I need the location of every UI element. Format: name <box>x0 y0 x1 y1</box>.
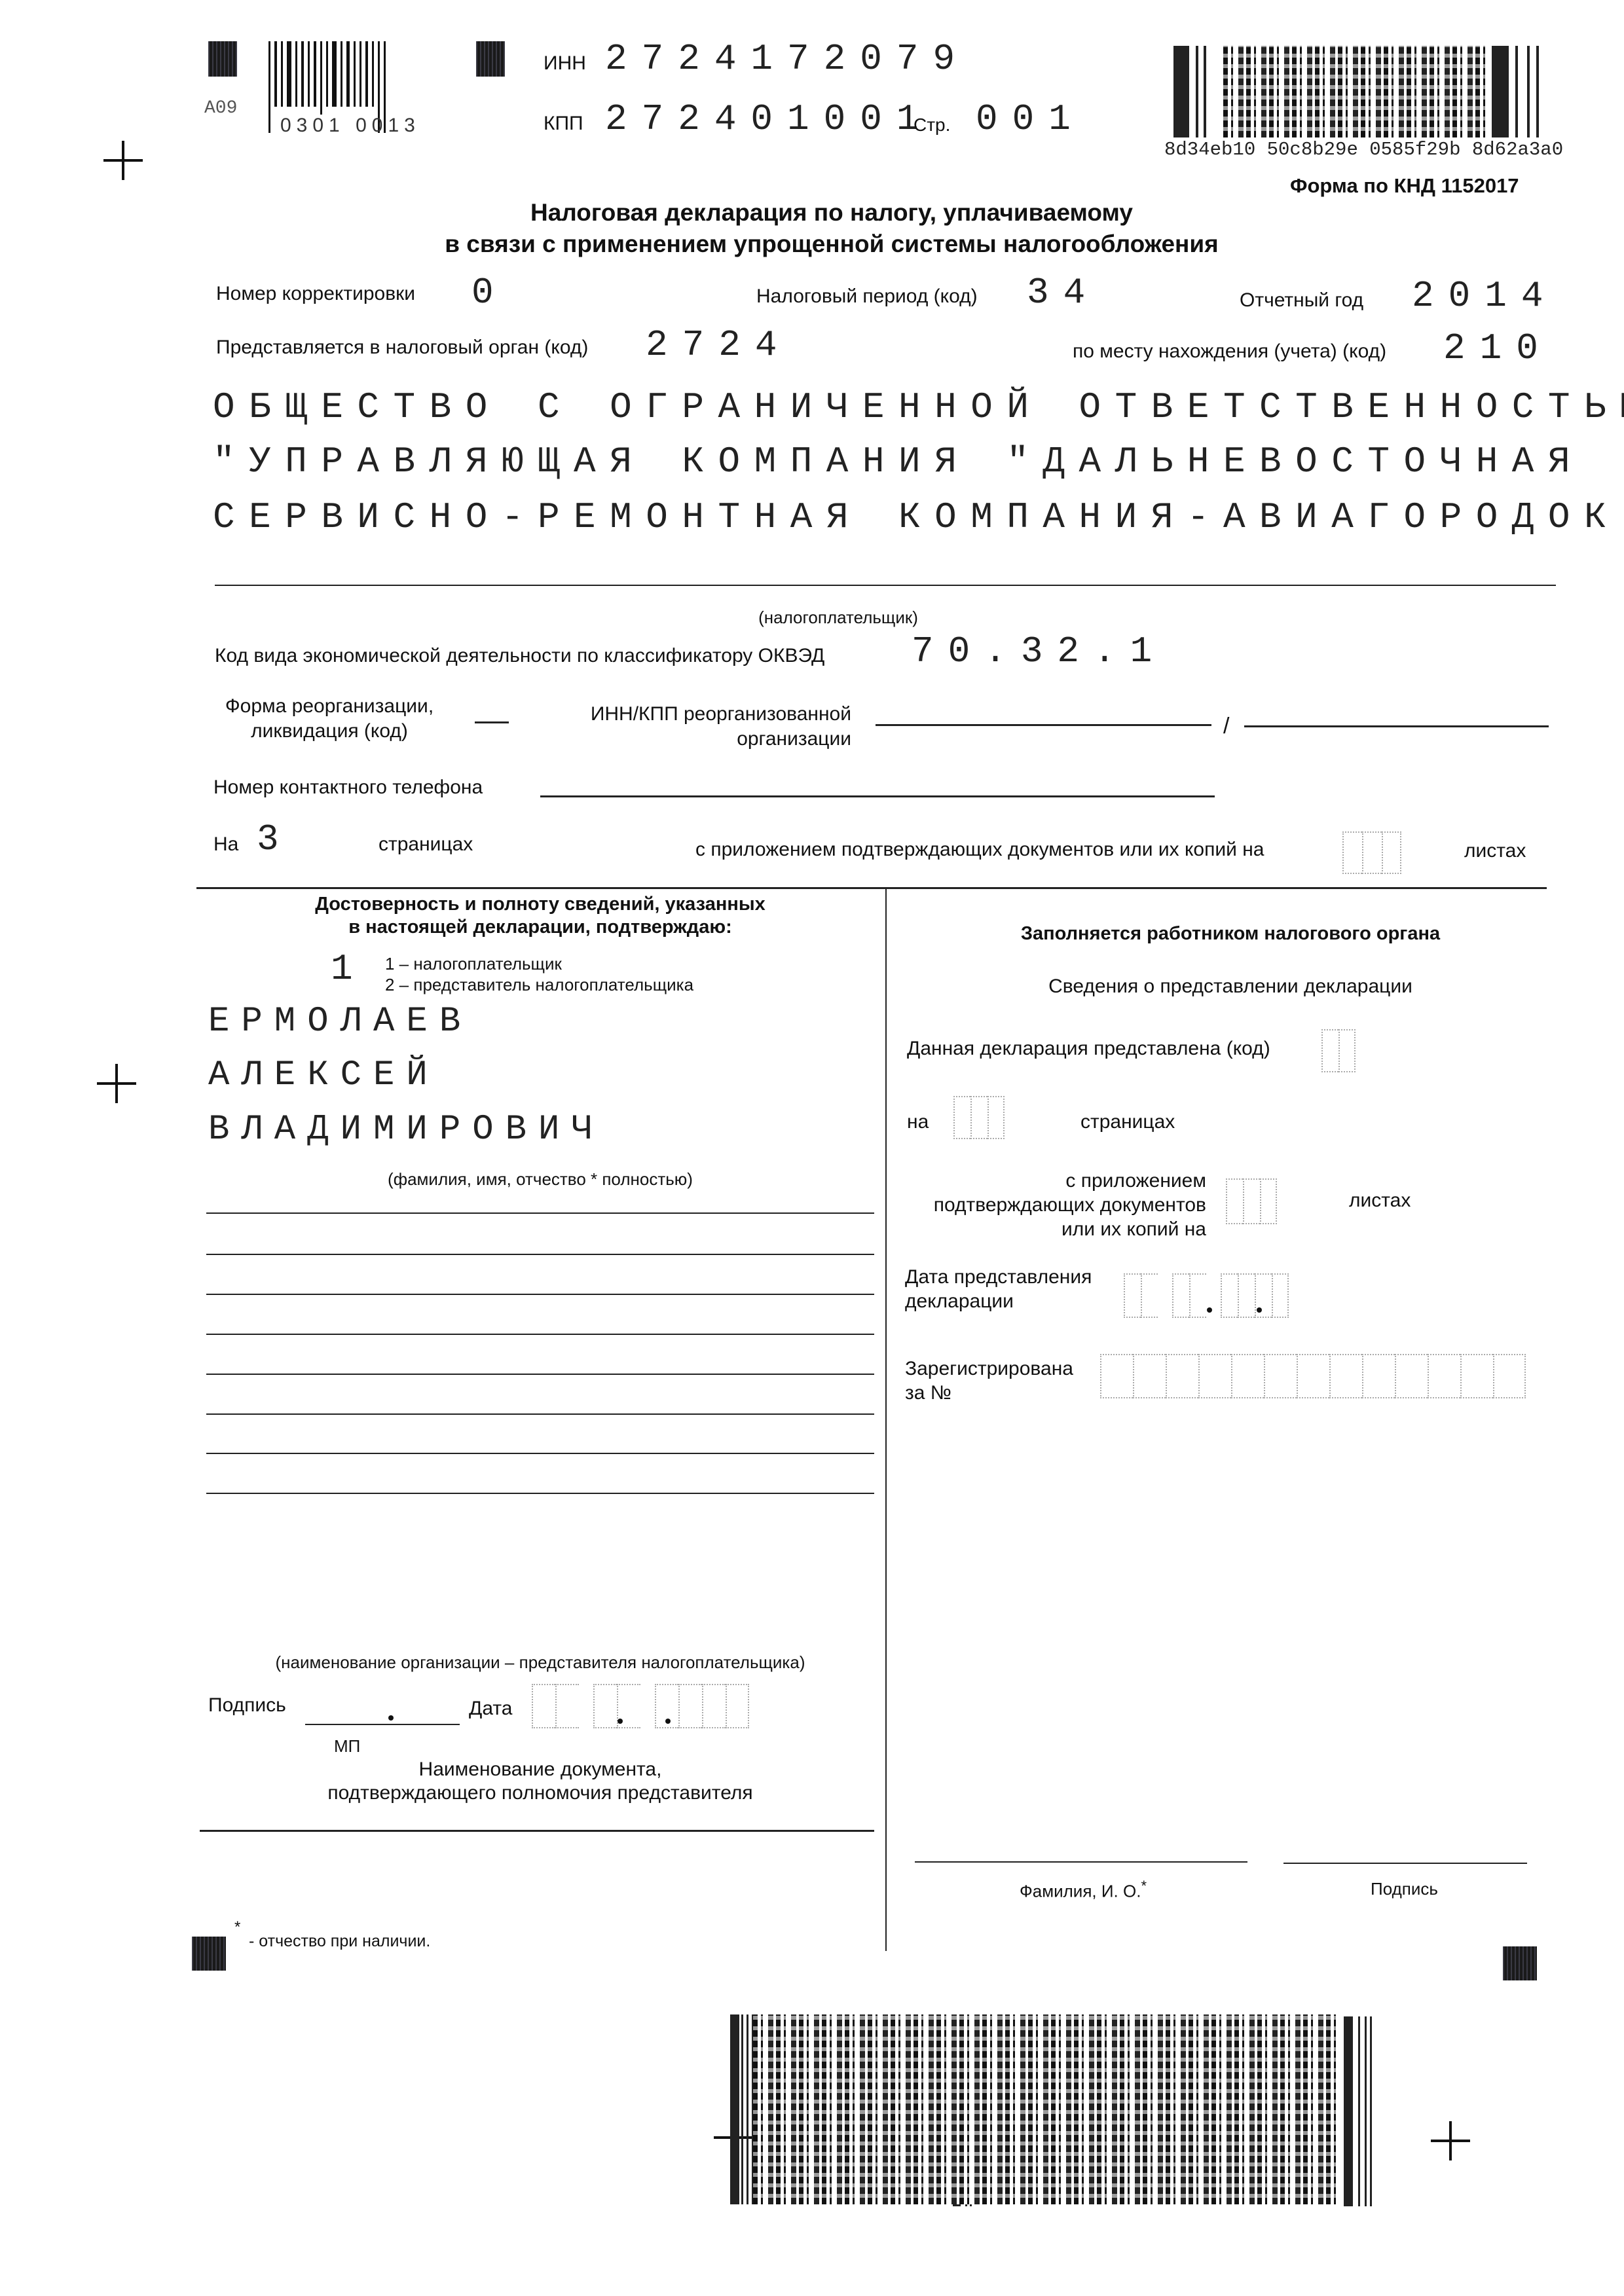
signer-date-separator-2 <box>665 1719 671 1724</box>
official-name-caption-star: * <box>1141 1878 1147 1894</box>
document-hash: 8d34eb10 50c8b29e 0585f29b 8d62a3a0 <box>1164 139 1563 160</box>
taxpayer-name-line-2: "УПРАВЛЯЮЩАЯ КОМПАНИЯ "ДАЛЬНЕВОСТОЧНАЯ <box>213 441 1584 483</box>
signer-code: 1 <box>331 948 367 990</box>
org-caption: (наименование организации – представител… <box>196 1652 884 1673</box>
authority-doc-label-1: Наименование документа, <box>196 1758 884 1781</box>
org-line-3[interactable] <box>206 1294 874 1295</box>
official-attach-label: с приложением подтверждающих документов … <box>891 1169 1206 1241</box>
page-value: 001 <box>976 98 1085 140</box>
pages-prefix: На <box>213 833 238 856</box>
correction-label: Номер корректировки <box>216 283 415 305</box>
taxpayer-name-line-1: ОБЩЕСТВО С ОГРАНИЧЕННОЙ ОТВЕТСТВЕННОСТЬЮ <box>213 386 1624 428</box>
phone-field[interactable] <box>540 795 1215 797</box>
document-title-line-2: в связи с применением упрощенной системы… <box>196 230 1467 258</box>
official-signature-caption: Подпись <box>1371 1879 1438 1899</box>
signer-surname: ЕРМОЛАЕВ <box>208 1002 472 1042</box>
form-code: A09 <box>204 98 237 118</box>
location-code-value: 210 <box>1443 327 1553 369</box>
org-line-6[interactable] <box>206 1413 874 1415</box>
tax-authority-label: Представляется в налоговый орган (код) <box>216 337 588 359</box>
column-divider <box>885 887 887 1951</box>
official-attach-label-line-2: подтверждающих документов <box>891 1193 1206 1217</box>
submission-date-field[interactable] <box>1124 1273 1289 1318</box>
reorg-kpp-field[interactable] <box>1244 725 1549 727</box>
official-pages-suffix: страницах <box>1080 1111 1175 1133</box>
correction-value: 0 <box>471 272 508 314</box>
kpp-label: КПП <box>544 113 583 135</box>
official-attach-label-line-3: или их копий на <box>891 1217 1206 1241</box>
official-pages-field[interactable] <box>953 1096 1005 1139</box>
org-line-4[interactable] <box>206 1334 874 1335</box>
registered-label: Зарегистрирована за № <box>905 1357 1073 1405</box>
official-signature-field[interactable] <box>1283 1863 1527 1864</box>
org-line-8[interactable] <box>206 1493 874 1494</box>
authority-doc-label-2: подтверждающего полномочия представителя <box>196 1782 884 1804</box>
tax-period-label: Налоговый период (код) <box>756 285 978 308</box>
pages-suffix: страницах <box>378 833 473 856</box>
document-title-line-1: Налоговая декларация по налогу, уплачива… <box>196 199 1467 227</box>
tax-authority-value: 2724 <box>646 324 791 366</box>
signer-name-caption: (фамилия, имя, отчество * полностью) <box>196 1169 884 1190</box>
org-line-7[interactable] <box>206 1453 874 1454</box>
date-label: Дата <box>469 1698 512 1720</box>
phone-label: Номер контактного телефона <box>213 776 483 799</box>
reorg-inn-field[interactable] <box>876 724 1211 726</box>
attachments-sheets-field[interactable] <box>1342 831 1401 874</box>
reorg-form-label-line-1: Форма реорганизации, <box>208 694 451 719</box>
registration-cross-top-left <box>103 141 143 180</box>
reorg-form-label-line-2: ликвидация (код) <box>208 719 451 744</box>
signer-option-1: 1 – налогоплательщик <box>385 954 562 974</box>
attachments-label: с приложением подтверждающих документов … <box>695 839 1264 861</box>
section-divider <box>196 887 1547 889</box>
official-attach-field[interactable] <box>1226 1178 1277 1224</box>
tax-period-value: 34 <box>1027 272 1099 314</box>
signer-date-separator-1 <box>618 1719 623 1724</box>
alignment-marker-icon <box>476 41 505 77</box>
official-subheading: Сведения о представлении декларации <box>887 975 1574 998</box>
official-attach-label-line-1: с приложением <box>891 1169 1206 1193</box>
submitted-code-label: Данная декларация представлена (код) <box>907 1038 1270 1060</box>
official-name-field[interactable] <box>915 1861 1247 1863</box>
registered-label-line-2: за № <box>905 1381 1073 1405</box>
authority-doc-field[interactable] <box>200 1830 874 1832</box>
taxpayer-underline <box>215 585 1556 586</box>
org-line-1[interactable] <box>206 1212 874 1214</box>
registration-number-field[interactable] <box>1100 1354 1526 1398</box>
registration-cross-bottom-right <box>1431 2121 1470 2160</box>
stamp-label: МП <box>334 1736 360 1757</box>
inn-value: 2724172079 <box>605 38 969 80</box>
org-line-5[interactable] <box>206 1374 874 1375</box>
inn-label: ИНН <box>544 52 586 75</box>
signature-field[interactable] <box>305 1724 460 1725</box>
signer-option-2: 2 – представитель налогоплательщика <box>385 975 693 995</box>
footnote-text: - отчество при наличии. <box>249 1932 430 1951</box>
official-name-caption: Фамилия, И. О.* <box>1020 1878 1147 1902</box>
barcode-number: 0301 0013 <box>280 115 420 137</box>
reorg-form-value-dash <box>475 721 509 723</box>
submission-date-label-line-2: декларации <box>905 1289 1092 1313</box>
reorg-inn-label-line-2: организации <box>563 727 851 752</box>
attachments-suffix: листах <box>1464 840 1526 862</box>
submission-date-separator-1 <box>1207 1307 1212 1313</box>
official-heading: Заполняется работником налогового органа <box>887 923 1574 945</box>
page-label: Стр. <box>913 115 950 136</box>
taxpayer-name-line-3: СЕРВИСНО-РЕМОНТНАЯ КОМПАНИЯ-АВИАГОРОДОК" <box>213 496 1624 538</box>
confirm-heading-2: в настоящей декларации, подтверждаю: <box>196 917 884 938</box>
reorg-form-label: Форма реорганизации, ликвидация (код) <box>208 694 451 744</box>
report-year-value: 2014 <box>1412 275 1557 317</box>
kpp-value: 272401001 <box>605 98 932 140</box>
submission-date-separator-2 <box>1257 1307 1262 1313</box>
alignment-marker-icon <box>1503 1946 1537 1980</box>
submitted-code-field[interactable] <box>1321 1029 1356 1072</box>
report-year-label: Отчетный год <box>1240 289 1363 312</box>
registration-cross-mid-left <box>97 1064 136 1103</box>
signer-first-name: АЛЕКСЕЙ <box>208 1055 439 1095</box>
signer-patronymic: ВЛАДИМИРОВИЧ <box>208 1110 604 1150</box>
footnote-star: * <box>234 1918 240 1937</box>
signer-date-field[interactable] <box>532 1684 749 1728</box>
location-code-label: по месту нахождения (учета) (код) <box>1073 340 1386 363</box>
dot-1 <box>388 1715 394 1721</box>
reorg-inn-label-line-1: ИНН/КПП реорганизованной <box>563 702 851 727</box>
official-name-caption-text: Фамилия, И. О. <box>1020 1882 1141 1901</box>
alignment-marker-icon <box>192 1937 226 1971</box>
reorg-inn-label: ИНН/КПП реорганизованной организации <box>563 702 851 752</box>
official-attach-suffix: листах <box>1349 1190 1411 1212</box>
taxpayer-caption: (налогоплательщик) <box>655 608 1022 628</box>
alignment-marker-icon <box>208 41 237 77</box>
okved-label: Код вида экономической деятельности по к… <box>215 645 824 667</box>
registered-label-line-1: Зарегистрирована <box>905 1357 1073 1381</box>
official-pages-prefix: на <box>907 1111 929 1133</box>
reorg-separator: / <box>1223 714 1229 739</box>
pages-value: 3 <box>257 818 293 860</box>
okved-value: 70.32.1 <box>912 630 1166 672</box>
signature-label: Подпись <box>208 1694 286 1717</box>
confirm-heading-1: Достоверность и полноту сведений, указан… <box>196 894 884 915</box>
knd-form-number: Форма по КНД 1152017 <box>1290 174 1519 198</box>
submission-date-label-line-1: Дата представления <box>905 1265 1092 1289</box>
org-line-2[interactable] <box>206 1254 874 1255</box>
submission-date-label: Дата представления декларации <box>905 1265 1092 1313</box>
